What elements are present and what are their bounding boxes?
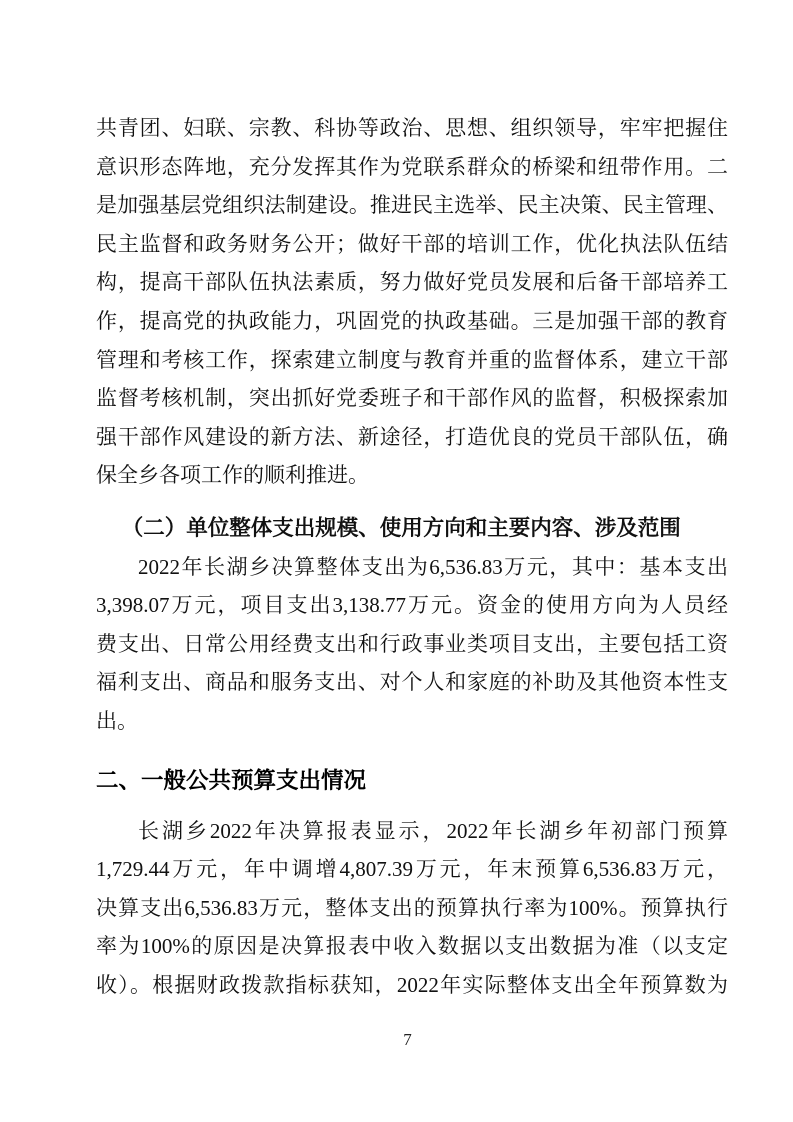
- document-content: 共青团、妇联、宗教、科协等政治、思想、组织领导，牢牢把握住意识形态阵地，充分发挥…: [96, 109, 728, 1004]
- body-paragraph-budget-expenditure: 长湖乡2022年决算报表显示，2022年长湖乡年初部门预算1,729.44万元，…: [96, 812, 728, 1005]
- text-line: 长湖乡2022年决算报表显示，2022年长湖乡年初部门预算: [96, 812, 728, 851]
- body-paragraph-overall-expenditure: 2022年长湖乡决算整体支出为6,536.83万元，其中：基本支出3,398.0…: [96, 548, 728, 741]
- text-line: 构，提高干部队伍执法素质，努力做好党员发展和后备干部培养工: [96, 263, 728, 302]
- text-line: 作，提高党的执政能力，巩固党的执政基础。三是加强干部的教育: [96, 302, 728, 341]
- text-line: 保全乡各项工作的顺利推进。: [96, 456, 728, 495]
- text-line: 决算支出6,536.83万元，整体支出的预算执行率为100%。预算执行: [96, 889, 728, 928]
- text-line: 率为100%的原因是决算报表中收入数据以支出数据为准（以支定: [96, 927, 728, 966]
- subsection-heading: （二）单位整体支出规模、使用方向和主要内容、涉及范围: [96, 509, 728, 548]
- document-page: 共青团、妇联、宗教、科协等政治、思想、组织领导，牢牢把握住意识形态阵地，充分发挥…: [0, 0, 793, 1122]
- text-line: 3,398.07万元，项目支出3,138.77万元。资金的使用方向为人员经: [96, 586, 728, 625]
- text-line: 共青团、妇联、宗教、科协等政治、思想、组织领导，牢牢把握住: [96, 109, 728, 148]
- section-heading: 二、一般公共预算支出情况: [96, 760, 728, 802]
- text-line: 是加强基层党组织法制建设。推进民主选举、民主决策、民主管理、: [96, 186, 728, 225]
- text-line: 费支出、日常公用经费支出和行政事业类项目支出，主要包括工资: [96, 625, 728, 664]
- body-paragraph-continued: 共青团、妇联、宗教、科协等政治、思想、组织领导，牢牢把握住意识形态阵地，充分发挥…: [96, 109, 728, 495]
- text-line: 2022年长湖乡决算整体支出为6,536.83万元，其中：基本支出: [96, 548, 728, 587]
- text-line: 监督考核机制，突出抓好党委班子和干部作风的监督，积极探索加: [96, 379, 728, 418]
- text-line: 收）。根据财政拨款指标获知，2022年实际整体支出全年预算数为: [96, 966, 728, 1005]
- text-line: 1,729.44万元，年中调增4,807.39万元，年末预算6,536.83万元…: [96, 850, 728, 889]
- text-line: 管理和考核工作，探索建立制度与教育并重的监督体系，建立干部: [96, 341, 728, 380]
- page-number: 7: [0, 1030, 793, 1050]
- text-line: 意识形态阵地，充分发挥其作为党联系群众的桥梁和纽带作用。二: [96, 148, 728, 187]
- text-line: 强干部作风建设的新方法、新途径，打造优良的党员干部队伍，确: [96, 418, 728, 457]
- text-line: 福利支出、商品和服务支出、对个人和家庭的补助及其他资本性支: [96, 663, 728, 702]
- text-line: 出。: [96, 702, 728, 741]
- text-line: 民主监督和政务财务公开；做好干部的培训工作，优化执法队伍结: [96, 225, 728, 264]
